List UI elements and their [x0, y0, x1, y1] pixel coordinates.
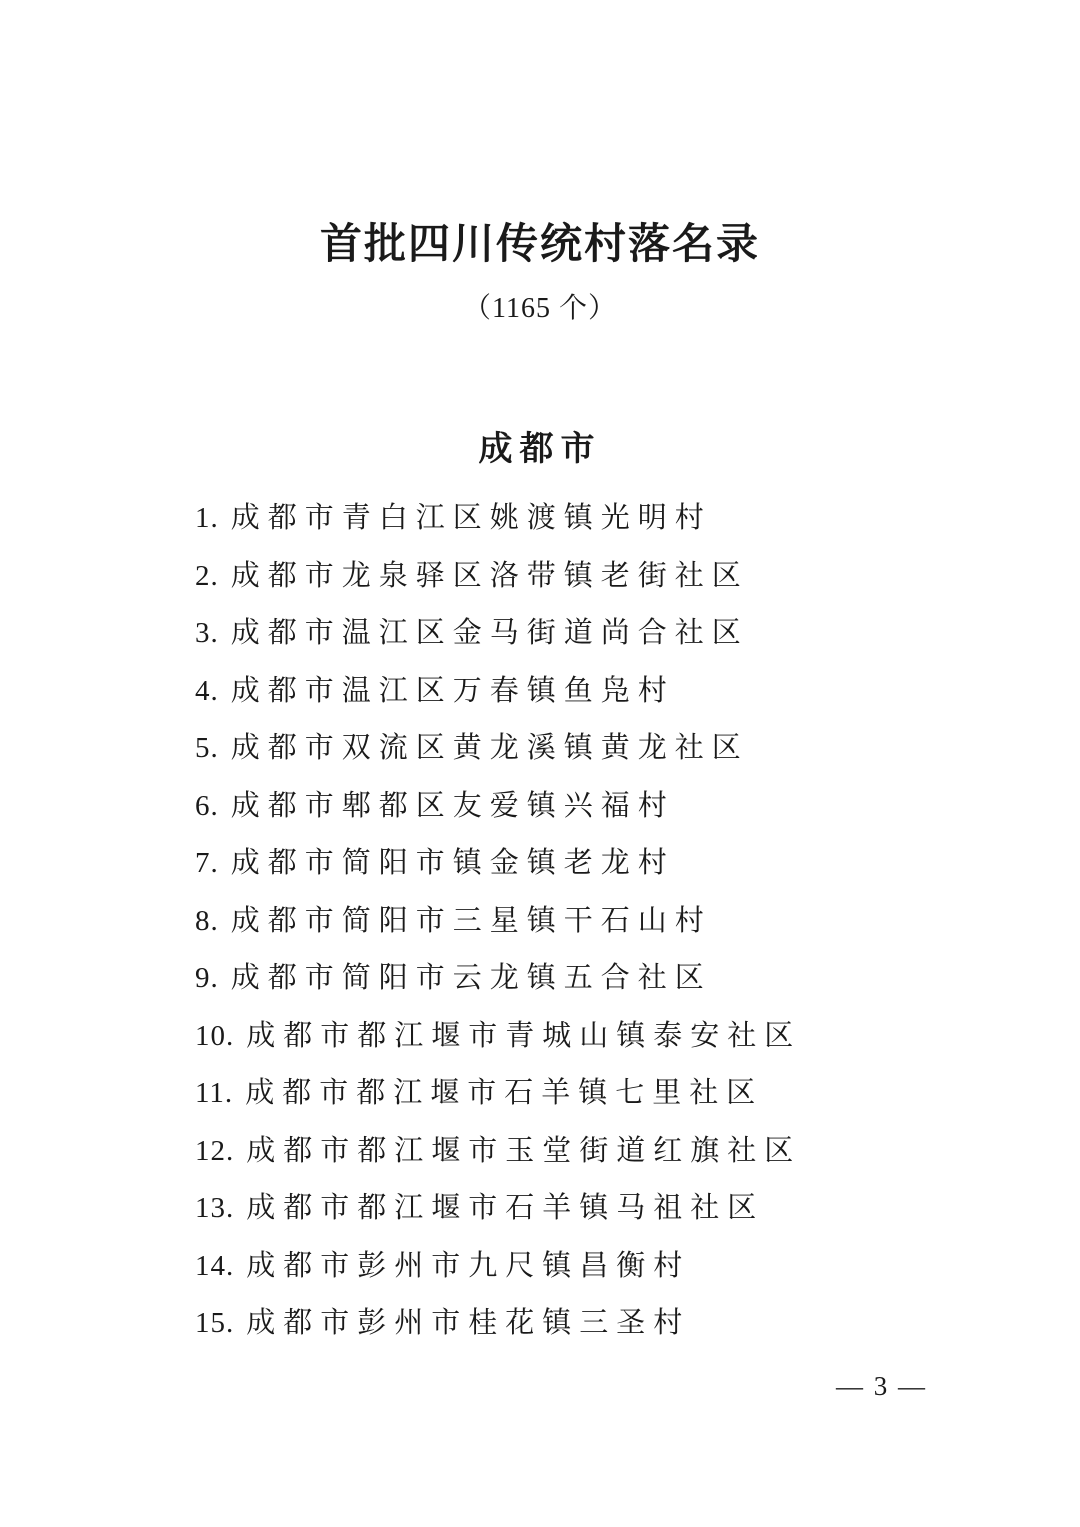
item-text: 成都市温江区金马街道尚合社区 [231, 617, 749, 649]
item-number: 10. [195, 1008, 234, 1066]
item-number: 6. [195, 778, 219, 836]
list-item: 9.成都市简阳市云龙镇五合社区 [195, 950, 980, 1008]
village-list: 1.成都市青白江区姚渡镇光明村 2.成都市龙泉驿区洛带镇老街社区 3.成都市温江… [0, 490, 1080, 1353]
list-item: 11.成都市都江堰市石羊镇七里社区 [195, 1065, 980, 1123]
item-number: 4. [195, 663, 219, 721]
page-title: 首批四川传统村落名录 [0, 0, 1080, 268]
item-number: 15. [195, 1295, 234, 1353]
list-item: 1.成都市青白江区姚渡镇光明村 [195, 490, 980, 548]
item-number: 9. [195, 950, 219, 1008]
item-number: 13. [195, 1180, 234, 1238]
item-number: 8. [195, 893, 219, 951]
item-number: 5. [195, 720, 219, 778]
list-item: 8.成都市简阳市三星镇干石山村 [195, 893, 980, 951]
item-text: 成都市都江堰市石羊镇七里社区 [245, 1077, 763, 1109]
item-text: 成都市都江堰市玉堂街道红旗社区 [246, 1135, 801, 1167]
list-item: 15.成都市彭州市桂花镇三圣村 [195, 1295, 980, 1353]
item-text: 成都市简阳市镇金镇老龙村 [231, 847, 675, 879]
list-item: 6.成都市郫都区友爱镇兴福村 [195, 778, 980, 836]
item-text: 成都市温江区万春镇鱼凫村 [231, 675, 675, 707]
item-text: 成都市双流区黄龙溪镇黄龙社区 [231, 732, 749, 764]
item-text: 成都市郫都区友爱镇兴福村 [231, 790, 675, 822]
item-text: 成都市青白江区姚渡镇光明村 [231, 502, 712, 534]
list-item: 5.成都市双流区黄龙溪镇黄龙社区 [195, 720, 980, 778]
page-number: — 3 — [836, 1371, 927, 1402]
item-text: 成都市龙泉驿区洛带镇老街社区 [231, 560, 749, 592]
item-number: 12. [195, 1123, 234, 1181]
item-number: 14. [195, 1238, 234, 1296]
item-text: 成都市简阳市三星镇干石山村 [231, 905, 712, 937]
list-item: 4.成都市温江区万春镇鱼凫村 [195, 663, 980, 721]
list-item: 2.成都市龙泉驿区洛带镇老街社区 [195, 548, 980, 606]
section-heading-city: 成都市 [0, 431, 1080, 468]
item-text: 成都市简阳市云龙镇五合社区 [231, 962, 712, 994]
item-number: 3. [195, 605, 219, 663]
list-item: 14.成都市彭州市九尺镇昌衡村 [195, 1238, 980, 1296]
document-page: 首批四川传统村落名录 （1165 个） 成都市 1.成都市青白江区姚渡镇光明村 … [0, 0, 1080, 1527]
item-text: 成都市彭州市桂花镇三圣村 [246, 1307, 690, 1339]
list-item: 7.成都市简阳市镇金镇老龙村 [195, 835, 980, 893]
item-text: 成都市都江堰市青城山镇泰安社区 [246, 1020, 801, 1052]
list-item: 10.成都市都江堰市青城山镇泰安社区 [195, 1008, 980, 1066]
list-item: 12.成都市都江堰市玉堂街道红旗社区 [195, 1123, 980, 1181]
list-item: 13.成都市都江堰市石羊镇马祖社区 [195, 1180, 980, 1238]
item-text: 成都市都江堰市石羊镇马祖社区 [246, 1192, 764, 1224]
item-number: 7. [195, 835, 219, 893]
item-text: 成都市彭州市九尺镇昌衡村 [246, 1250, 690, 1282]
item-number: 2. [195, 548, 219, 606]
page-subtitle-count: （1165 个） [0, 294, 1080, 325]
list-item: 3.成都市温江区金马街道尚合社区 [195, 605, 980, 663]
item-number: 1. [195, 490, 219, 548]
item-number: 11. [195, 1065, 233, 1123]
